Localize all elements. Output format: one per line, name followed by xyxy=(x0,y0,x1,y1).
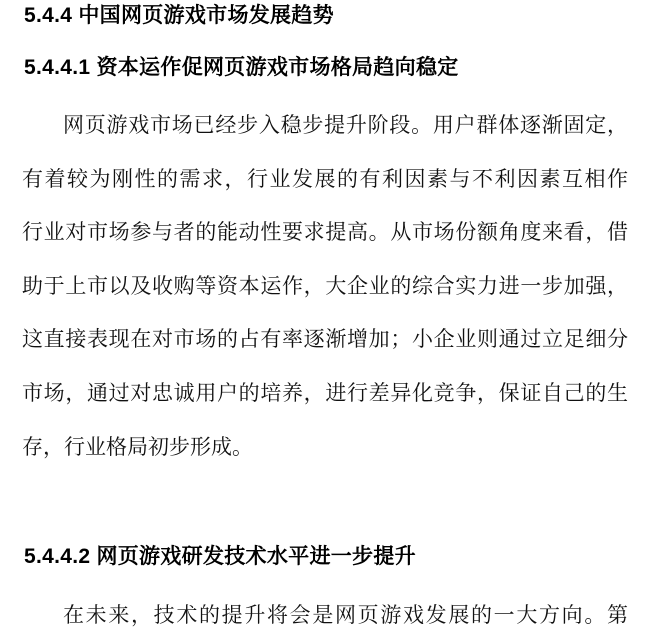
paragraph-5-4-4-2: 在未来，技术的提升将会是网页游戏发展的一大方向。第一， xyxy=(22,589,628,636)
paragraph-line: 助于上市以及收购等资本运作，大企业的综合实力进一步加强， xyxy=(22,260,628,314)
paragraph-line: 行业对市场参与者的能动性要求提高。从市场份额角度来看，借 xyxy=(22,206,628,260)
heading-5-4-4-2: 5.4.4.2 网页游戏研发技术水平进一步提升 xyxy=(24,544,416,570)
paragraph-5-4-4-1: 网页游戏市场已经步入稳步提升阶段。用户群体逐渐固定， 有着较为刚性的需求，行业发… xyxy=(22,99,628,474)
paragraph-line: 存，行业格局初步形成。 xyxy=(22,421,628,475)
paragraph-line: 有着较为刚性的需求，行业发展的有利因素与不利因素互相作用， xyxy=(22,153,628,207)
paragraph-line: 网页游戏市场已经步入稳步提升阶段。用户群体逐渐固定， xyxy=(22,99,628,153)
document-page: 5.4.4 中国网页游戏市场发展趋势 5.4.4.1 资本运作促网页游戏市场格局… xyxy=(0,0,650,636)
paragraph-line: 市场，通过对忠诚用户的培养，进行差异化竞争，保证自己的生 xyxy=(22,367,628,421)
paragraph-line: 这直接表现在对市场的占有率逐渐增加；小企业则通过立足细分 xyxy=(22,313,628,367)
paragraph-line: 在未来，技术的提升将会是网页游戏发展的一大方向。第一， xyxy=(22,589,628,636)
heading-5-4-4-1: 5.4.4.1 资本运作促网页游戏市场格局趋向稳定 xyxy=(24,55,459,81)
heading-5-4-4: 5.4.4 中国网页游戏市场发展趋势 xyxy=(24,3,334,29)
